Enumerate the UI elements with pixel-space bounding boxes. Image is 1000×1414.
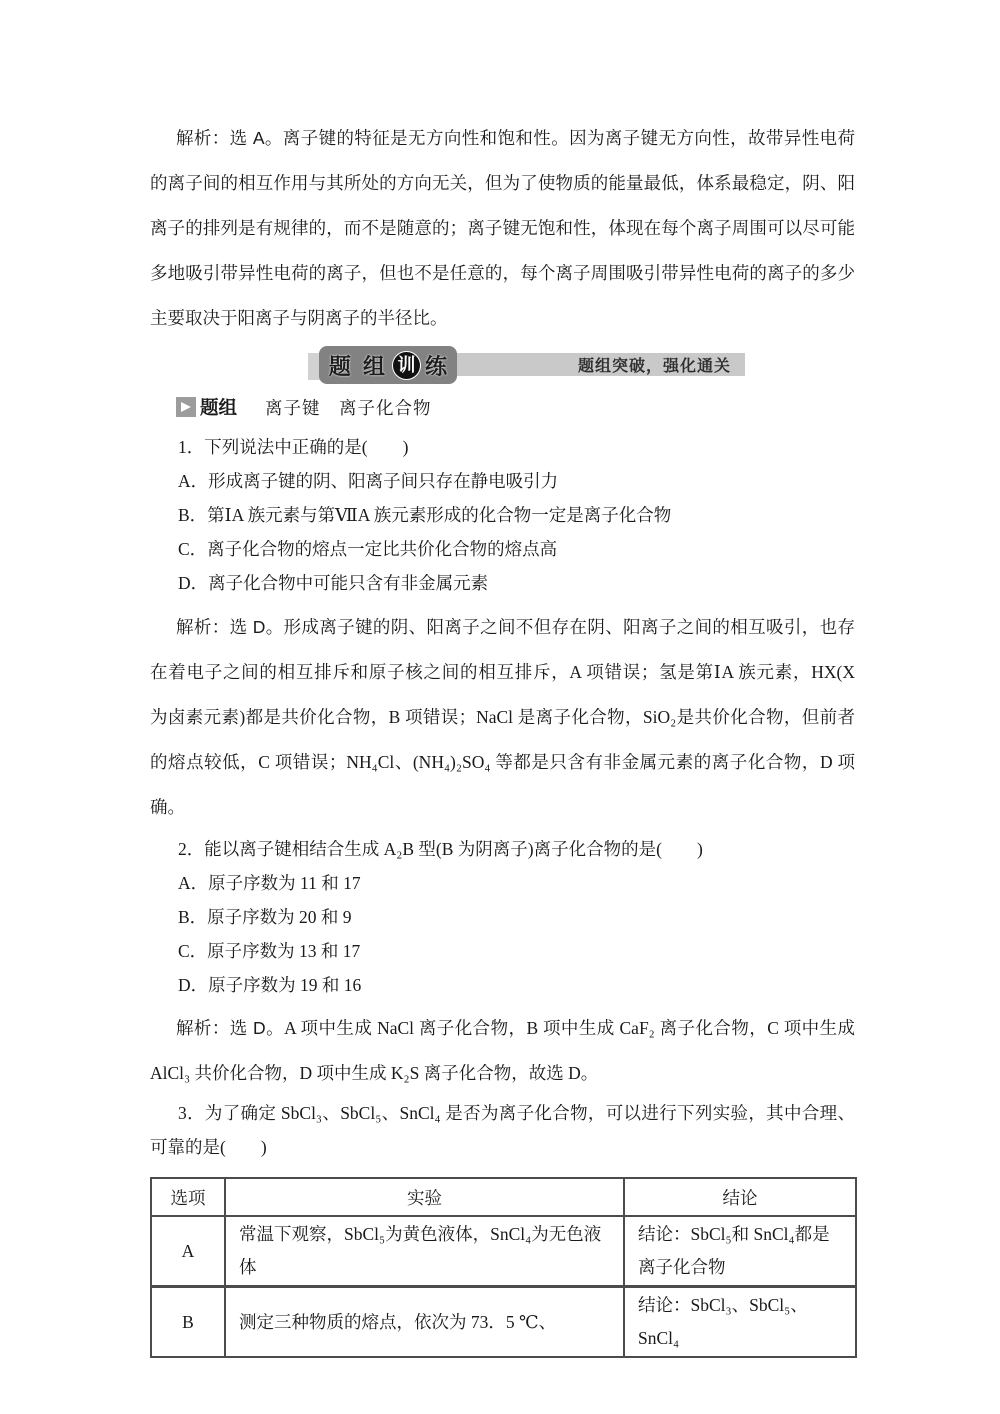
- play-icon: [176, 397, 196, 417]
- banner-title-circle: 训: [392, 351, 421, 380]
- option-d: D．离子化合物中可能只含有非金属元素: [150, 566, 855, 600]
- paragraph-line: 的熔点较低，C 项错误；NH₄Cl、(NH₄)₂SO₄ 等都是只含有非金属元素的…: [150, 740, 855, 785]
- topic-group-heading: 题组 离子键 离子化合物: [150, 393, 855, 421]
- analysis-answer-label: 解析：选 D。: [176, 617, 284, 637]
- analysis-answer-label: 解析：选 A。: [176, 128, 283, 148]
- header-experiment: 实验: [225, 1178, 624, 1216]
- banner-title-left: 题 组: [329, 350, 388, 381]
- paragraph-line: 在着电子之间的相互排斥和原子核之间的相互排斥，A 项错误；氢是第ⅠA 族元素，H…: [150, 650, 855, 695]
- question-stem: 2．能以离子键相结合生成 A₂B 型(B 为阴离子)离子化合物的是( ): [150, 832, 855, 866]
- header-option: 选项: [151, 1178, 225, 1216]
- question-stem-line: 3．为了确定 SbCl₃、SbCl₅、SnCl₄ 是否为离子化合物，可以进行下列…: [150, 1096, 855, 1130]
- paragraph-line: 多地吸引带异性电荷的离子，但也不是任意的，每个离子周围吸引带异性电荷的离子的多少: [150, 251, 855, 296]
- play-triangle-icon: [181, 402, 191, 412]
- cell-option: B: [151, 1287, 225, 1358]
- paragraph-text: A 项中生成 NaCl 离子化合物，B 项中生成 CaF₂ 离子化合物，C 项中…: [284, 1018, 855, 1038]
- paragraph-line: 离子的排列是有规律的，而不是随意的；离子键无饱和性，体现在每个离子周围可以尽可能: [150, 206, 855, 251]
- analysis-answer-label: 解析：选 D。: [176, 1018, 284, 1038]
- cell-experiment: 常温下观察，SbCl₅为黄色液体，SnCl₄为无色液体: [225, 1216, 624, 1287]
- intro-analysis-paragraph: 解析：选 A。离子键的特征是无方向性和饱和性。因为离子键无方向性，故带异性电荷 …: [150, 116, 855, 341]
- document-page: 解析：选 A。离子键的特征是无方向性和饱和性。因为离子键无方向性，故带异性电荷 …: [0, 0, 1000, 1414]
- paragraph-line: 解析：选 A。离子键的特征是无方向性和饱和性。因为离子键无方向性，故带异性电荷: [150, 116, 855, 161]
- cell-conclusion: 结论：SbCl₅和 SnCl₄都是离子化合物: [624, 1216, 856, 1287]
- cell-experiment: 测定三种物质的熔点，依次为 73．5 ℃、: [225, 1287, 624, 1358]
- option-a: A．形成离子键的阴、阳离子间只存在静电吸引力: [150, 464, 855, 498]
- banner-title-right: 练: [425, 350, 447, 381]
- analysis-paragraph-q1: 解析：选 D。形成离子键的阴、阳离子之间不但存在阴、阳离子之间的相互吸引，也存 …: [150, 605, 855, 830]
- option-b: B．第ⅠA 族元素与第ⅦA 族元素形成的化合物一定是离子化合物: [150, 498, 855, 532]
- analysis-paragraph-q2: 解析：选 D。A 项中生成 NaCl 离子化合物，B 项中生成 CaF₂ 离子化…: [150, 1006, 855, 1096]
- group-label: 题组: [200, 394, 237, 420]
- experiment-table: 选项 实验 结论 A 常温下观察，SbCl₅为黄色液体，SnCl₄为无色液体 结…: [150, 1177, 857, 1358]
- paragraph-line: 主要取决于阳离子与阴离子的半径比。: [150, 296, 855, 341]
- paragraph-text: 离子键的特征是无方向性和饱和性。因为离子键无方向性，故带异性电荷: [283, 128, 855, 148]
- paragraph-line: 为卤素元素)都是共价化合物，B 项错误；NaCl 是离子化合物，SiO₂是共价化…: [150, 695, 855, 740]
- option-c: C．离子化合物的熔点一定比共价化合物的熔点高: [150, 532, 855, 566]
- cell-conclusion: 结论：SbCl₃、SbCl₅、SnCl₄: [624, 1287, 856, 1358]
- option-c: C．原子序数为 13 和 17: [150, 934, 855, 968]
- section-banner: 题组突破，强化通关 题 组 训 练: [150, 346, 855, 384]
- banner-tagline: 题组突破，强化通关: [578, 353, 731, 376]
- table-row: B 测定三种物质的熔点，依次为 73．5 ℃、 结论：SbCl₃、SbCl₅、S…: [151, 1287, 856, 1358]
- question-stem-line: 可靠的是( ): [150, 1130, 855, 1164]
- paragraph-line: 解析：选 D。形成离子键的阴、阳离子之间不但存在阴、阳离子之间的相互吸引，也存: [150, 605, 855, 650]
- question-stem: 1．下列说法中正确的是( ): [150, 430, 855, 464]
- paragraph-line: 确。: [150, 785, 855, 830]
- group-topics: 离子键 离子化合物: [265, 395, 432, 420]
- paragraph-line: AlCl₃ 共价化合物，D 项中生成 K₂S 离子化合物，故选 D。: [150, 1051, 855, 1096]
- paragraph-text: 形成离子键的阴、阳离子之间不但存在阴、阳离子之间的相互吸引，也存: [284, 617, 855, 637]
- paragraph-line: 的离子间的相互作用与其所处的方向无关，但为了使物质的能量最低，体系最稳定，阴、阳: [150, 161, 855, 206]
- option-b: B．原子序数为 20 和 9: [150, 900, 855, 934]
- table-row: A 常温下观察，SbCl₅为黄色液体，SnCl₄为无色液体 结论：SbCl₅和 …: [151, 1216, 856, 1287]
- table-header-row: 选项 实验 结论: [151, 1178, 856, 1216]
- question-3: 3．为了确定 SbCl₃、SbCl₅、SnCl₄ 是否为离子化合物，可以进行下列…: [150, 1096, 855, 1164]
- question-1: 1．下列说法中正确的是( ) A．形成离子键的阴、阳离子间只存在静电吸引力 B．…: [150, 430, 855, 600]
- question-2: 2．能以离子键相结合生成 A₂B 型(B 为阴离子)离子化合物的是( ) A．原…: [150, 832, 855, 1002]
- option-d: D．原子序数为 19 和 16: [150, 968, 855, 1002]
- paragraph-line: 解析：选 D。A 项中生成 NaCl 离子化合物，B 项中生成 CaF₂ 离子化…: [150, 1006, 855, 1051]
- header-conclusion: 结论: [624, 1178, 856, 1216]
- banner-title-badge: 题 组 训 练: [319, 346, 457, 384]
- cell-option: A: [151, 1216, 225, 1287]
- option-a: A．原子序数为 11 和 17: [150, 866, 855, 900]
